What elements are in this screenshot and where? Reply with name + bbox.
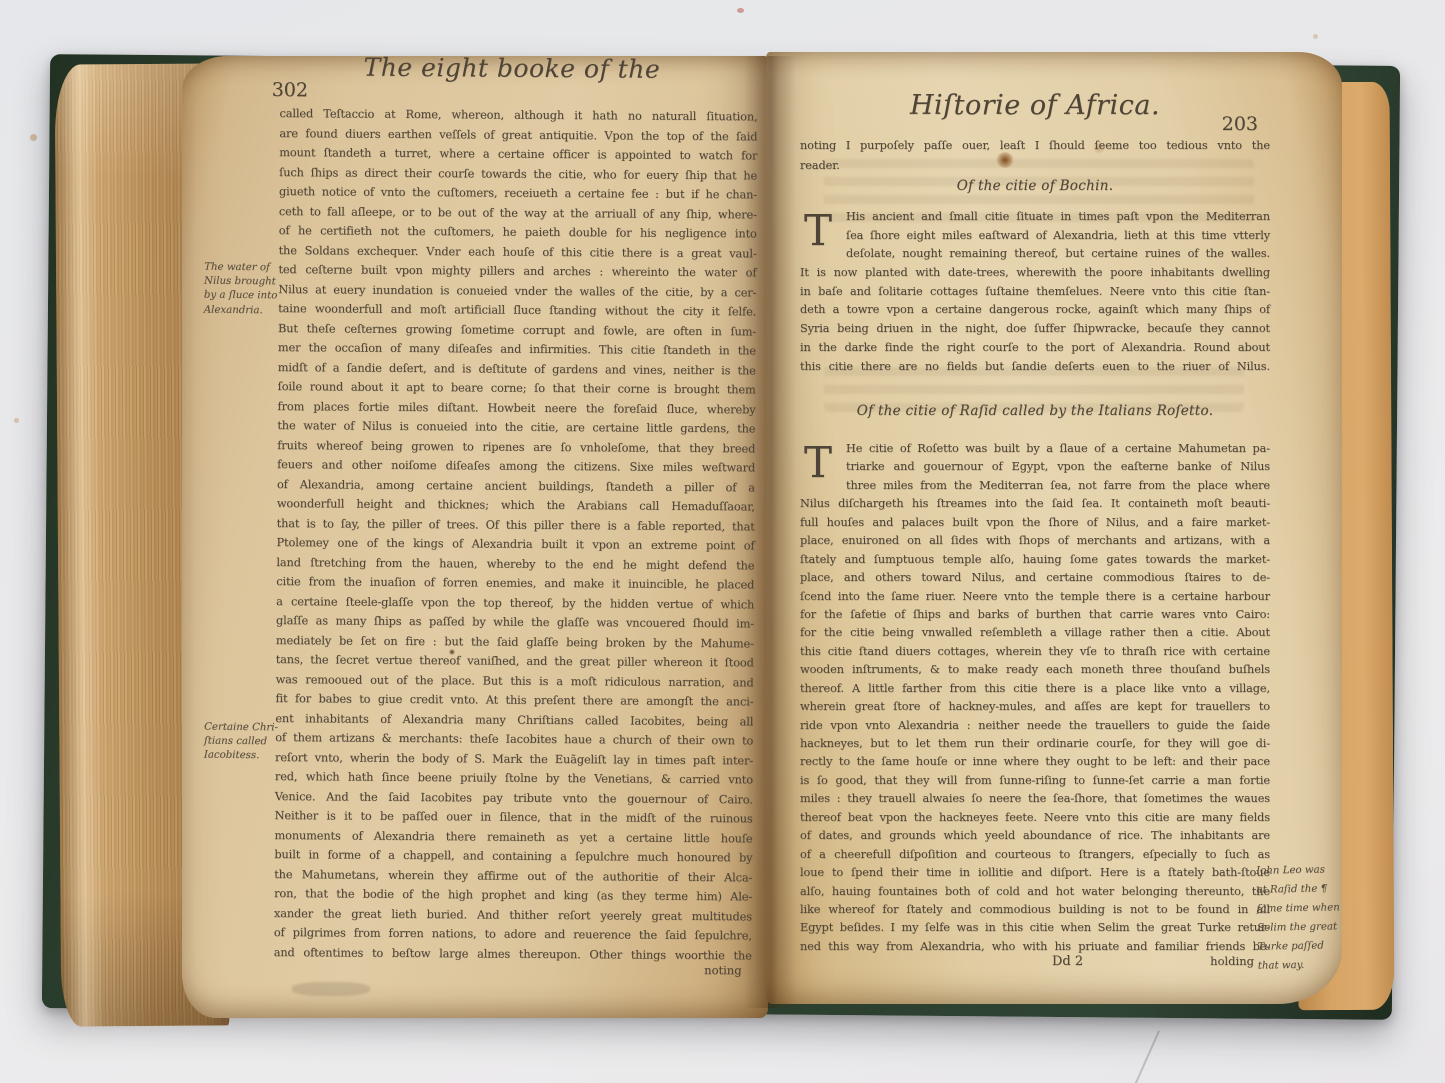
text-line: miles : they trauell alwaies ſo neere th…: [800, 790, 1270, 808]
text-line: Iohn Leo was: [1256, 860, 1340, 880]
text-line: reader.: [800, 156, 1270, 176]
text-line: and oftentimes to beſtow large almes the…: [274, 943, 752, 966]
right-page-text-block: Hiſtorie of Africa. 203 noting I purpoſe…: [800, 90, 1270, 990]
text-line: He citie of Roſetto was built by a ſlaue…: [800, 440, 1270, 458]
text-line: It is now planted with date-trees, where…: [800, 264, 1270, 283]
text-line: in the darke finde the right courſe to t…: [800, 339, 1270, 358]
text-line: for the citie being vnwalled reſembleth …: [800, 624, 1270, 642]
text-line: that way.: [1258, 955, 1342, 975]
text-line: Egypt beſides. I my ſelfe was in this ci…: [800, 919, 1270, 937]
right-page-number: 203: [1222, 113, 1258, 135]
text-line: Turke paſſed: [1257, 936, 1341, 956]
text-line: Iacobitess.: [204, 749, 274, 764]
foxing-spot: [30, 134, 37, 141]
text-line: Nilus brought: [204, 275, 274, 290]
foxing-spot: [1313, 34, 1318, 39]
text-line: deth a towre vpon a certaine dangerous r…: [800, 301, 1270, 320]
gathering-signature: Dd 2: [1052, 954, 1083, 969]
text-line: The water of: [204, 261, 274, 276]
left-catchword: noting: [704, 963, 742, 977]
text-line: ſea ſhore eight miles eaſtward of Alexan…: [800, 227, 1270, 246]
text-line: deſolate, nought remaining thereof, but …: [800, 245, 1270, 264]
text-line: hackneyes, but to let them run their ord…: [800, 735, 1270, 753]
foxing-spot: [14, 418, 19, 423]
text-line: thereof. A little farther from this citi…: [800, 680, 1270, 698]
section-rasid-lines: He citie of Roſetto was built by a ſlaue…: [800, 440, 1270, 956]
text-line: rectly to the ſame houſe or inne where t…: [800, 753, 1270, 771]
text-line: noting I purpoſely paſſe ouer, leaſt I ſ…: [800, 136, 1270, 156]
text-line: place, and others toward Nilus, and cert…: [800, 569, 1270, 587]
surface-crack: [1134, 1030, 1160, 1083]
text-line: ride vpon vnto Alexandria : neither need…: [800, 717, 1270, 735]
text-line: Alexandria.: [204, 303, 274, 318]
text-line: Certaine Chri-: [204, 721, 274, 736]
text-line: ſame time when: [1257, 898, 1341, 918]
text-line: wherein great ſtore of hackney-mules, an…: [800, 698, 1270, 716]
left-page-number: 302: [272, 79, 308, 101]
right-running-header: Hiſtorie of Africa.: [800, 90, 1270, 121]
text-line: ſcend into the ſame riuer. Neere vnto th…: [800, 588, 1270, 606]
text-line: this citie there are no fields but ſandi…: [800, 358, 1270, 377]
text-line: wooden inſtruments, & to make ready each…: [800, 661, 1270, 679]
section-bochin-lines: His ancient and ſmall citie ſituate in t…: [800, 208, 1270, 376]
text-line: by a ſluce into: [204, 289, 274, 304]
text-line: thereof beat vpon the hackneyes feete. N…: [800, 809, 1270, 827]
text-line: is ſo good, that they will from ſunne-ri…: [800, 772, 1270, 790]
text-line: ſtians called: [204, 735, 274, 750]
text-line: in baſe and ſolitarie cottages ſuſtaine …: [800, 283, 1270, 302]
text-line: three miles from the Mediterran ſea, not…: [800, 477, 1270, 495]
left-body-lines: called Teſtaccio at Rome, whereon, altho…: [274, 104, 758, 965]
text-line: loue to ſpend their time in iollitie and…: [800, 864, 1270, 882]
text-line: alſo, hauing fountaines both of cold and…: [800, 883, 1270, 901]
section-heading-bochin: Of the citie of Bochin.: [800, 178, 1270, 194]
margin-note-iohn-leo: Iohn Leo wasat Raſid the ¶ſame time when…: [1256, 860, 1342, 975]
text-line: of a cheerefull diſpoſition and courteou…: [800, 846, 1270, 864]
text-line: Nilus diſchargeth his ſtreames into the …: [800, 495, 1270, 513]
text-line: at Raſid the ¶: [1256, 879, 1340, 899]
margin-note-nilus-water: The water ofNilus broughtby a ſluce into…: [204, 261, 275, 319]
text-line: like whereof for ſtately and commodious …: [800, 901, 1270, 919]
photo-of-open-antique-book: The eight booke of the 302 called Teſtac…: [0, 0, 1445, 1083]
section-heading-rasid: Of the citie of Raſid called by the Ital…: [800, 403, 1270, 419]
left-page-text-block: The eight booke of the 302 called Teſtac…: [260, 52, 758, 985]
smudge: [292, 982, 370, 996]
text-line: triarke and gouernour of Egypt, vpon the…: [800, 458, 1270, 476]
text-line: ſtately and ſumptuous temple alſo, hauin…: [800, 551, 1270, 569]
text-line: place, enuironed on all ſides with ſhops…: [800, 532, 1270, 550]
red-speck: [737, 8, 744, 13]
margin-note-iacobites: Certaine Chri-ſtians calledIacobitess.: [204, 721, 274, 764]
left-running-header: The eight booke of the: [266, 52, 758, 84]
text-line: Syria being driuen in the night, doe ſuf…: [800, 320, 1270, 339]
carryover-paragraph: noting I purpoſely paſſe ouer, leaſt I ſ…: [800, 136, 1270, 175]
text-line: full houſes and palaces built vpon the ſ…: [800, 514, 1270, 532]
text-line: for the ſafetie of ſhips and barks of bu…: [800, 606, 1270, 624]
text-line: His ancient and ſmall citie ſituate in t…: [800, 208, 1270, 227]
right-page-footer: Dd 2 holding: [800, 954, 1270, 974]
text-line: this citie ſtand diuers cottages, wherei…: [800, 643, 1270, 661]
text-line: Selim the great: [1257, 917, 1341, 937]
text-line: of dates, and grounds which yeeld abound…: [800, 827, 1270, 845]
right-catchword: holding: [1210, 954, 1254, 968]
